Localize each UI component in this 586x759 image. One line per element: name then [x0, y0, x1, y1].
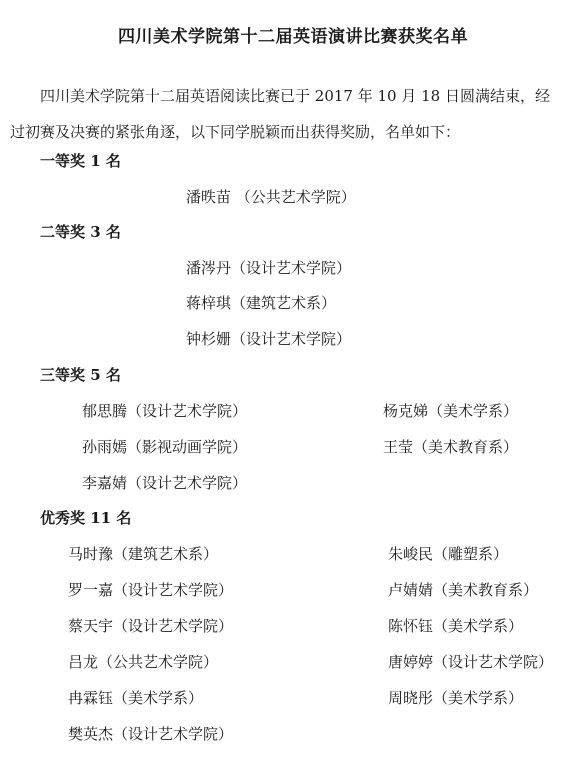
winner-entry: 潘涔丹（设计艺术学院） [186, 257, 351, 278]
winner-entry: 罗一嘉（设计艺术学院） [68, 579, 233, 600]
winner-entry: 蔡天宇（设计艺术学院） [68, 615, 233, 636]
winner-entry: 蒋梓琪（建筑艺术系） [186, 292, 336, 313]
winner-entry: 唐婷婷（设计艺术学院） [388, 651, 553, 672]
winner-entry: 郁思腾（设计艺术学院） [82, 400, 247, 421]
winner-entry: 朱峻民（雕塑系） [388, 543, 508, 564]
award-heading-merit: 优秀奖 11 名 [40, 507, 131, 528]
winner-entry: 钟杉姗（设计艺术学院） [186, 328, 351, 349]
winner-entry: 王莹（美术教育系） [383, 436, 518, 457]
award-heading-first: 一等奖 1 名 [40, 150, 121, 171]
document-title: 四川美术学院第十二届英语演讲比赛获奖名单 [0, 22, 586, 47]
winner-entry: 周晓彤（美术学系） [388, 687, 523, 708]
winner-entry: 陈怀钰（美术学系） [388, 615, 523, 636]
winner-entry: 冉霖钰（美术学系） [68, 687, 203, 708]
intro-line-1: 四川美术学院第十二届英语阅读比赛已于 2017 年 10 月 18 日圆满结束，… [40, 78, 550, 114]
winner-entry: 杨克娣（美术学系） [383, 400, 518, 421]
intro-line-2: 过初赛及决赛的紧张角逐，以下同学脱颖而出获得奖励，名单如下： [10, 114, 460, 150]
winner-entry: 樊英杰（设计艺术学院） [68, 723, 233, 744]
winner-entry: 李嘉婧（设计艺术学院） [82, 472, 247, 493]
winner-entry: 潘昳苗 （公共艺术学院） [186, 186, 356, 207]
winner-entry: 孙雨嫣（影视动画学院） [82, 436, 247, 457]
award-heading-second: 二等奖 3 名 [40, 221, 121, 242]
winner-entry: 马时豫（建筑艺术系） [68, 543, 218, 564]
winner-entry: 卢婧婧（美术教育系） [388, 579, 538, 600]
award-heading-third: 三等奖 5 名 [40, 364, 121, 385]
winner-entry: 吕龙（公共艺术学院） [68, 651, 218, 672]
